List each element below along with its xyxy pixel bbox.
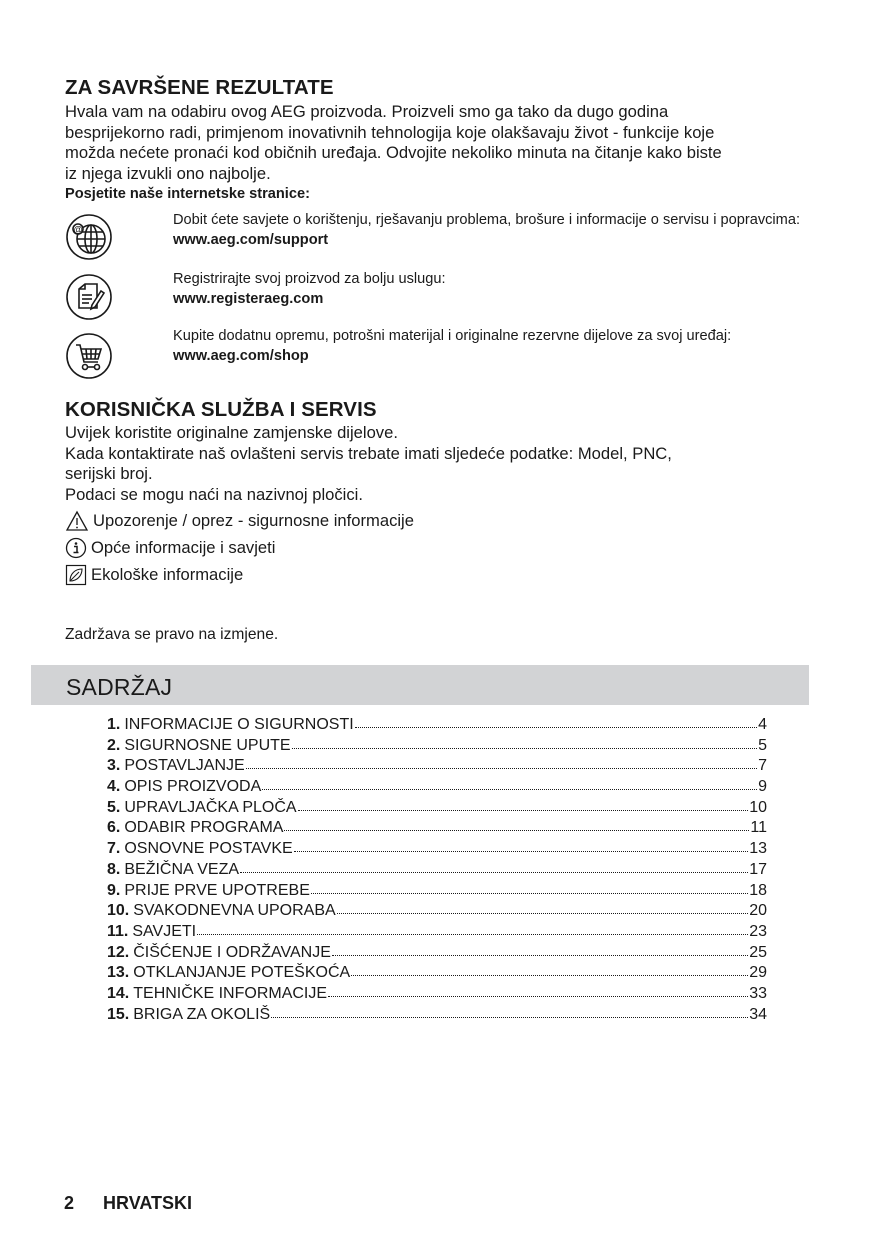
toc-entry[interactable]: 11.SAVJETI23: [107, 923, 767, 944]
toc-entry[interactable]: 8.BEŽIČNA VEZA17: [107, 861, 767, 882]
toc-entry-page: 18: [749, 882, 767, 900]
toc-header-band: SADRŽAJ: [31, 665, 809, 705]
toc-entry[interactable]: 15.BRIGA ZA OKOLIŠ34: [107, 1006, 767, 1027]
legend-label: Ekološke informacije: [91, 565, 243, 585]
toc-entry[interactable]: 9.PRIJE PRVE UPOTREBE18: [107, 882, 767, 903]
support-link[interactable]: www.aeg.com/support: [173, 232, 328, 248]
toc-entry[interactable]: 12.ČIŠĆENJE I ODRŽAVANJE25: [107, 944, 767, 965]
toc-entry-number: 1.: [107, 716, 120, 734]
toc-entry-label: SIGURNOSNE UPUTE: [124, 737, 290, 755]
service-paragraph: Uvijek koristite originalne zamjenske di…: [65, 423, 815, 505]
toc-entry-label: SAVJETI: [132, 923, 196, 941]
toc-entry-label: BEŽIČNA VEZA: [124, 861, 239, 879]
toc-entry-number: 3.: [107, 757, 120, 775]
toc-leader-dots: [351, 975, 748, 976]
intro-line: besprijekorno radi, primjenom inovativni…: [65, 123, 815, 144]
toc-entry-number: 7.: [107, 840, 120, 858]
service-line: Uvijek koristite originalne zamjenske di…: [65, 423, 815, 444]
toc-entry-page: 25: [749, 944, 767, 962]
toc-entry-label: SVAKODNEVNA UPORABA: [133, 902, 335, 920]
register-link[interactable]: www.registeraeg.com: [173, 291, 323, 307]
toc-entry-number: 5.: [107, 799, 120, 817]
toc-entry[interactable]: 7.OSNOVNE POSTAVKE13: [107, 840, 767, 861]
toc-entry[interactable]: 4.OPIS PROIZVODA9: [107, 778, 767, 799]
toc-entry-page: 7: [758, 757, 767, 775]
toc-leader-dots: [246, 768, 757, 769]
legend-label: Opće informacije i savjeti: [91, 538, 275, 558]
toc-entry-number: 10.: [107, 902, 129, 920]
toc-entry-page: 13: [749, 840, 767, 858]
toc-entry-number: 15.: [107, 1006, 129, 1024]
legend-label: Upozorenje / oprez - sigurnosne informac…: [93, 511, 414, 531]
web-item-text: Kupite dodatnu opremu, potrošni materija…: [173, 327, 813, 367]
toc-entry-number: 2.: [107, 737, 120, 755]
disclaimer: Zadržava se pravo na izmjene.: [65, 625, 815, 646]
register-document-icon: [65, 273, 113, 321]
warning-triangle-icon: [65, 510, 89, 532]
manual-page: ZA SAVRŠENE REZULTATE Hvala vam na odabi…: [0, 0, 874, 1240]
toc-entry-number: 4.: [107, 778, 120, 796]
toc-leader-dots: [294, 851, 749, 852]
toc-entry-number: 9.: [107, 882, 120, 900]
legend-warning: Upozorenje / oprez - sigurnosne informac…: [65, 510, 414, 532]
toc-entry-label: UPRAVLJAČKA PLOČA: [124, 799, 296, 817]
toc-entry[interactable]: 6.ODABIR PROGRAMA11: [107, 819, 767, 840]
legend-info: Opće informacije i savjeti: [65, 537, 275, 559]
section-title-service: KORISNIČKA SLUŽBA I SERVIS: [65, 398, 377, 422]
legend-eco: Ekološke informacije: [65, 564, 243, 586]
toc-entry-page: 4: [758, 716, 767, 734]
svg-text:@: @: [74, 225, 83, 235]
toc-leader-dots: [328, 996, 748, 997]
web-item-text: Registrirajte svoj proizvod za bolju usl…: [173, 270, 813, 310]
globe-at-icon: @: [65, 213, 113, 261]
toc-leader-dots: [355, 727, 757, 728]
toc-entry[interactable]: 14.TEHNIČKE INFORMACIJE33: [107, 985, 767, 1006]
toc-entry-page: 34: [749, 1006, 767, 1024]
toc-leader-dots: [262, 789, 757, 790]
toc-entry[interactable]: 10.SVAKODNEVNA UPORABA20: [107, 902, 767, 923]
service-line: Kada kontaktirate naš ovlašteni servis t…: [65, 444, 815, 465]
service-line: serijski broj.: [65, 464, 815, 485]
toc-title: SADRŽAJ: [66, 674, 172, 701]
language-label: HRVATSKI: [103, 1193, 192, 1213]
shop-description: Kupite dodatnu opremu, potrošni materija…: [173, 328, 731, 344]
toc-entry-page: 10: [749, 799, 767, 817]
toc-entry-label: POSTAVLJANJE: [124, 757, 244, 775]
toc-entry-page: 17: [749, 861, 767, 879]
toc-entry-number: 11.: [107, 923, 128, 941]
page-number: 2: [64, 1193, 74, 1213]
toc-entry-label: PRIJE PRVE UPOTREBE: [124, 882, 310, 900]
toc-leader-dots: [311, 893, 748, 894]
toc-entry-label: TEHNIČKE INFORMACIJE: [133, 985, 327, 1003]
intro-line: iz njega izvukli ono najbolje.: [65, 164, 815, 185]
intro-line: Hvala vam na odabiru ovog AEG proizvoda.…: [65, 102, 815, 123]
section-title-results: ZA SAVRŠENE REZULTATE: [65, 76, 334, 100]
toc-entry-label: ODABIR PROGRAMA: [124, 819, 283, 837]
toc-entry-number: 14.: [107, 985, 129, 1003]
toc-leader-dots: [284, 830, 749, 831]
web-item-text: Dobit ćete savjete o korištenju, rješava…: [173, 211, 813, 251]
table-of-contents: 1.INFORMACIJE O SIGURNOSTI42.SIGURNOSNE …: [107, 716, 767, 1026]
toc-entry[interactable]: 1.INFORMACIJE O SIGURNOSTI4: [107, 716, 767, 737]
toc-entry[interactable]: 2.SIGURNOSNE UPUTE5: [107, 737, 767, 758]
toc-entry-number: 13.: [107, 964, 129, 982]
toc-entry-page: 33: [749, 985, 767, 1003]
support-description: Dobit ćete savjete o korištenju, rješava…: [173, 212, 800, 228]
toc-leader-dots: [197, 934, 748, 935]
toc-entry-label: INFORMACIJE O SIGURNOSTI: [124, 716, 353, 734]
toc-entry-page: 11: [750, 819, 767, 837]
toc-leader-dots: [337, 913, 749, 914]
toc-entry[interactable]: 5.UPRAVLJAČKA PLOČA10: [107, 799, 767, 820]
toc-entry[interactable]: 13.OTKLANJANJE POTEŠKOĆA29: [107, 964, 767, 985]
toc-leader-dots: [271, 1017, 748, 1018]
toc-entry-label: OPIS PROIZVODA: [124, 778, 261, 796]
intro-paragraph: Hvala vam na odabiru ovog AEG proizvoda.…: [65, 102, 815, 205]
register-description: Registrirajte svoj proizvod za bolju usl…: [173, 271, 446, 287]
toc-entry-page: 9: [758, 778, 767, 796]
toc-entry-label: OTKLANJANJE POTEŠKOĆA: [133, 964, 350, 982]
toc-entry-label: OSNOVNE POSTAVKE: [124, 840, 292, 858]
info-circle-icon: [65, 537, 87, 559]
toc-entry[interactable]: 3.POSTAVLJANJE7: [107, 757, 767, 778]
toc-entry-page: 5: [758, 737, 767, 755]
shopping-cart-icon: [65, 332, 113, 380]
toc-leader-dots: [332, 955, 748, 956]
toc-entry-page: 29: [749, 964, 767, 982]
visit-websites-label: Posjetite naše internetske stranice:: [65, 184, 815, 205]
toc-entry-number: 8.: [107, 861, 120, 879]
toc-leader-dots: [292, 748, 758, 749]
toc-leader-dots: [240, 872, 748, 873]
toc-entry-label: ČIŠĆENJE I ODRŽAVANJE: [133, 944, 331, 962]
toc-leader-dots: [298, 810, 749, 811]
shop-link[interactable]: www.aeg.com/shop: [173, 348, 309, 364]
page-footer: 2 HRVATSKI: [64, 1193, 192, 1214]
service-line: Podaci se mogu naći na nazivnoj pločici.: [65, 485, 815, 506]
toc-entry-label: BRIGA ZA OKOLIŠ: [133, 1006, 270, 1024]
intro-line: možda nećete pronaći kod običnih uređaja…: [65, 143, 815, 164]
eco-leaf-icon: [65, 564, 87, 586]
toc-entry-page: 23: [749, 923, 767, 941]
toc-entry-number: 6.: [107, 819, 120, 837]
toc-entry-number: 12.: [107, 944, 129, 962]
toc-entry-page: 20: [749, 902, 767, 920]
